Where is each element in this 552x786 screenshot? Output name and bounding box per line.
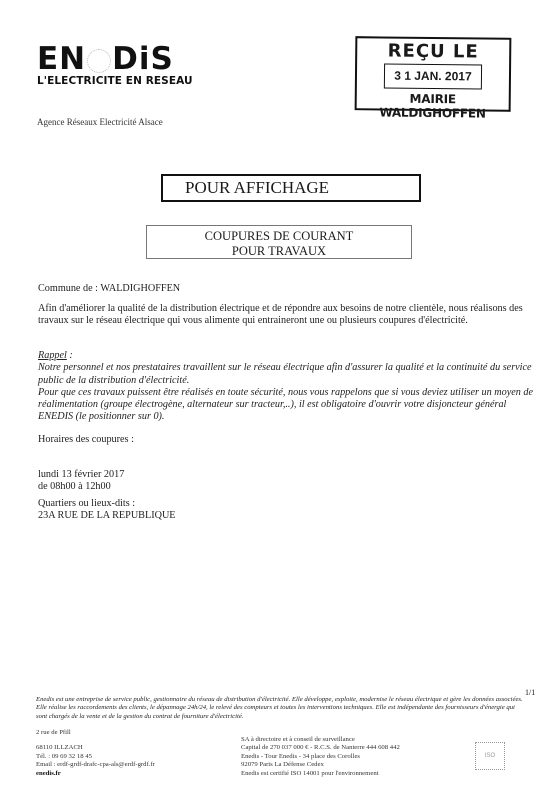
address-email[interactable]: Email : erdf-grdf-drafc-cpa-als@erdf-grd…: [36, 761, 155, 769]
corporate-line: Enedis - Tour Enedis - 34 place des Coro…: [241, 753, 400, 761]
quartiers-value: 23A RUE DE LA REPUBLIQUE: [38, 510, 176, 522]
notice-title: POUR AFFICHAGE: [185, 178, 329, 197]
agency-name: Agence Réseaux Electricité Alsace: [37, 117, 163, 127]
footer-corporate: SA à directoire et à conseil de surveill…: [241, 736, 400, 778]
logo-text-left: EN: [37, 41, 86, 77]
page-number: 1/1: [525, 688, 535, 697]
stamp-date: 3 1 JAN. 2017: [384, 63, 482, 89]
logo-circle-icon: [87, 49, 111, 73]
logo-tagline: L'ELECTRICITE EN RESEAU: [37, 75, 193, 87]
outage-time: de 08h00 à 12h00: [38, 481, 124, 493]
address-phone: Tél. : 09 69 32 18 45: [36, 753, 155, 761]
iso-certification-icon: ISO: [475, 742, 505, 770]
notice-title-box: POUR AFFICHAGE: [161, 174, 421, 202]
rappel-colon: :: [67, 350, 73, 361]
enedis-logo: ENDiS: [37, 44, 174, 75]
corporate-line: Capital de 270 037 000 € - R.C.S. de Nan…: [241, 744, 400, 752]
stamp-place: MAIRIE WALDIGHOFFEN: [357, 91, 509, 121]
horaires-label: Horaires des coupures :: [38, 434, 134, 446]
address-street: 2 rue de Pfill: [36, 729, 155, 737]
notice-subtitle-box: COUPURES DE COURANT POUR TRAVAUX: [146, 225, 412, 259]
address-city: 68110 ILLZACH: [36, 744, 155, 752]
corporate-line: SA à directoire et à conseil de surveill…: [241, 736, 400, 744]
outage-date: lundi 13 février 2017: [38, 469, 124, 481]
stamp-title: REÇU LE: [357, 40, 509, 63]
corporate-line: Enedis est certifié ISO 14001 pour l'env…: [241, 770, 400, 778]
corporate-line: 92079 Paris La Défense Cedex: [241, 761, 400, 769]
intro-paragraph: Afin d'améliorer la qualité de la distri…: [38, 303, 538, 328]
rappel-paragraph-1: Notre personnel et nos prestataires trav…: [38, 362, 543, 387]
notice-subtitle-line2: POUR TRAVAUX: [147, 244, 411, 259]
received-stamp: REÇU LE 3 1 JAN. 2017 MAIRIE WALDIGHOFFE…: [355, 36, 512, 112]
notice-subtitle-line1: COUPURES DE COURANT: [147, 229, 411, 244]
quartiers-label: Quartiers ou lieux-dits :: [38, 498, 176, 510]
commune: Commune de : WALDIGHOFFEN: [38, 283, 180, 295]
logo-text-right: DiS: [112, 41, 174, 77]
rappel-label: Rappel: [38, 350, 67, 361]
footer-address: 2 rue de Pfill 68110 ILLZACH Tél. : 09 6…: [36, 729, 155, 778]
quartiers-section: Quartiers ou lieux-dits : 23A RUE DE LA …: [38, 498, 176, 523]
footer-legal: Enedis est une entreprise de service pub…: [36, 696, 526, 721]
rappel-section: Rappel : Notre personnel et nos prestata…: [38, 350, 543, 424]
website-link[interactable]: enedis.fr: [36, 770, 61, 777]
outage-schedule: lundi 13 février 2017 de 08h00 à 12h00: [38, 469, 124, 494]
rappel-paragraph-2: Pour que ces travaux puissent être réali…: [38, 387, 543, 424]
